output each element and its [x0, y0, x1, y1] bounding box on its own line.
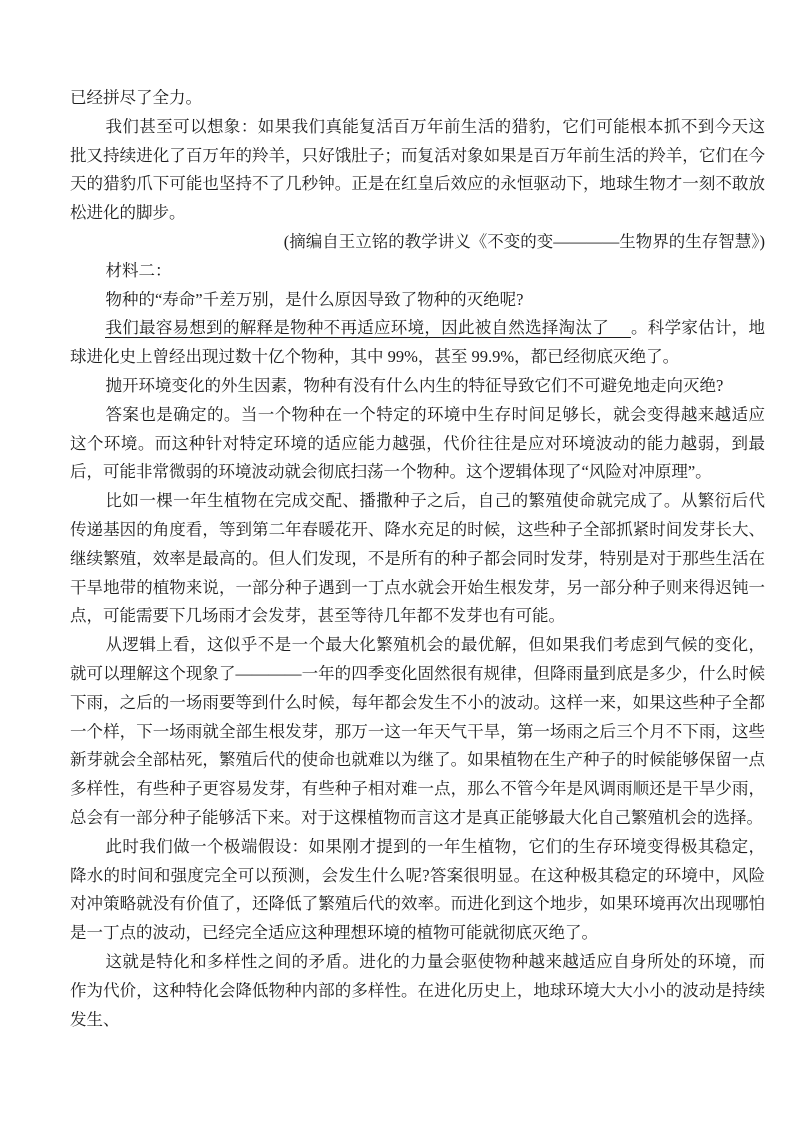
paragraph-plant-example: 比如一棵一年生植物在完成交配、播撒种子之后，自己的繁殖使命就完成了。从繁衍后代传…	[70, 487, 765, 631]
source-attribution: (摘编自王立铭的教学讲义《不变的变————生物界的生存智慧》)	[70, 228, 765, 257]
document-page: 已经拼尽了全力。 我们甚至可以想象：如果我们真能复活百万年前生活的猎豹，它们可能…	[70, 84, 765, 1034]
paragraph-answer-risk-hedging: 答案也是确定的。当一个物种在一个特定的环境中生存时间足够长，就会变得越来越适应这…	[70, 401, 765, 487]
paragraph-logic-rainfall: 从逻辑上看，这似乎不是一个最大化繁殖机会的最优解，但如果我们考虑到气候的变化，就…	[70, 631, 765, 833]
paragraph-lifespan-question: 物种的“寿命”千差万别，是什么原因导致了物种的灭绝呢?	[70, 286, 765, 315]
paragraph-extreme-hypothesis: 此时我们做一个极端假设：如果刚才提到的一年生植物，它们的生存环境变得极其稳定，降…	[70, 833, 765, 948]
material-two-heading: 材料二：	[70, 257, 765, 286]
underlined-sentence: 我们最容易想到的解释是物种不再适应环境，因此被自然选择淘汰了	[105, 318, 631, 338]
paragraph-imagine-cheetah: 我们甚至可以想象：如果我们真能复活百万年前生活的猎豹，它们可能根本抓不到今天这批…	[70, 113, 765, 228]
paragraph-specialization-contradiction: 这就是特化和多样性之间的矛盾。进化的力量会驱使物种越来越适应自身所处的环境，而作…	[70, 948, 765, 1034]
paragraph-explanation: 我们最容易想到的解释是物种不再适应环境，因此被自然选择淘汰了。科学家估计，地球进…	[70, 314, 765, 372]
paragraph-internal-question: 抛开环境变化的外生因素，物种有没有什么内生的特征导致它们不可避免地走向灭绝?	[70, 372, 765, 401]
paragraph-continuation: 已经拼尽了全力。	[70, 84, 765, 113]
